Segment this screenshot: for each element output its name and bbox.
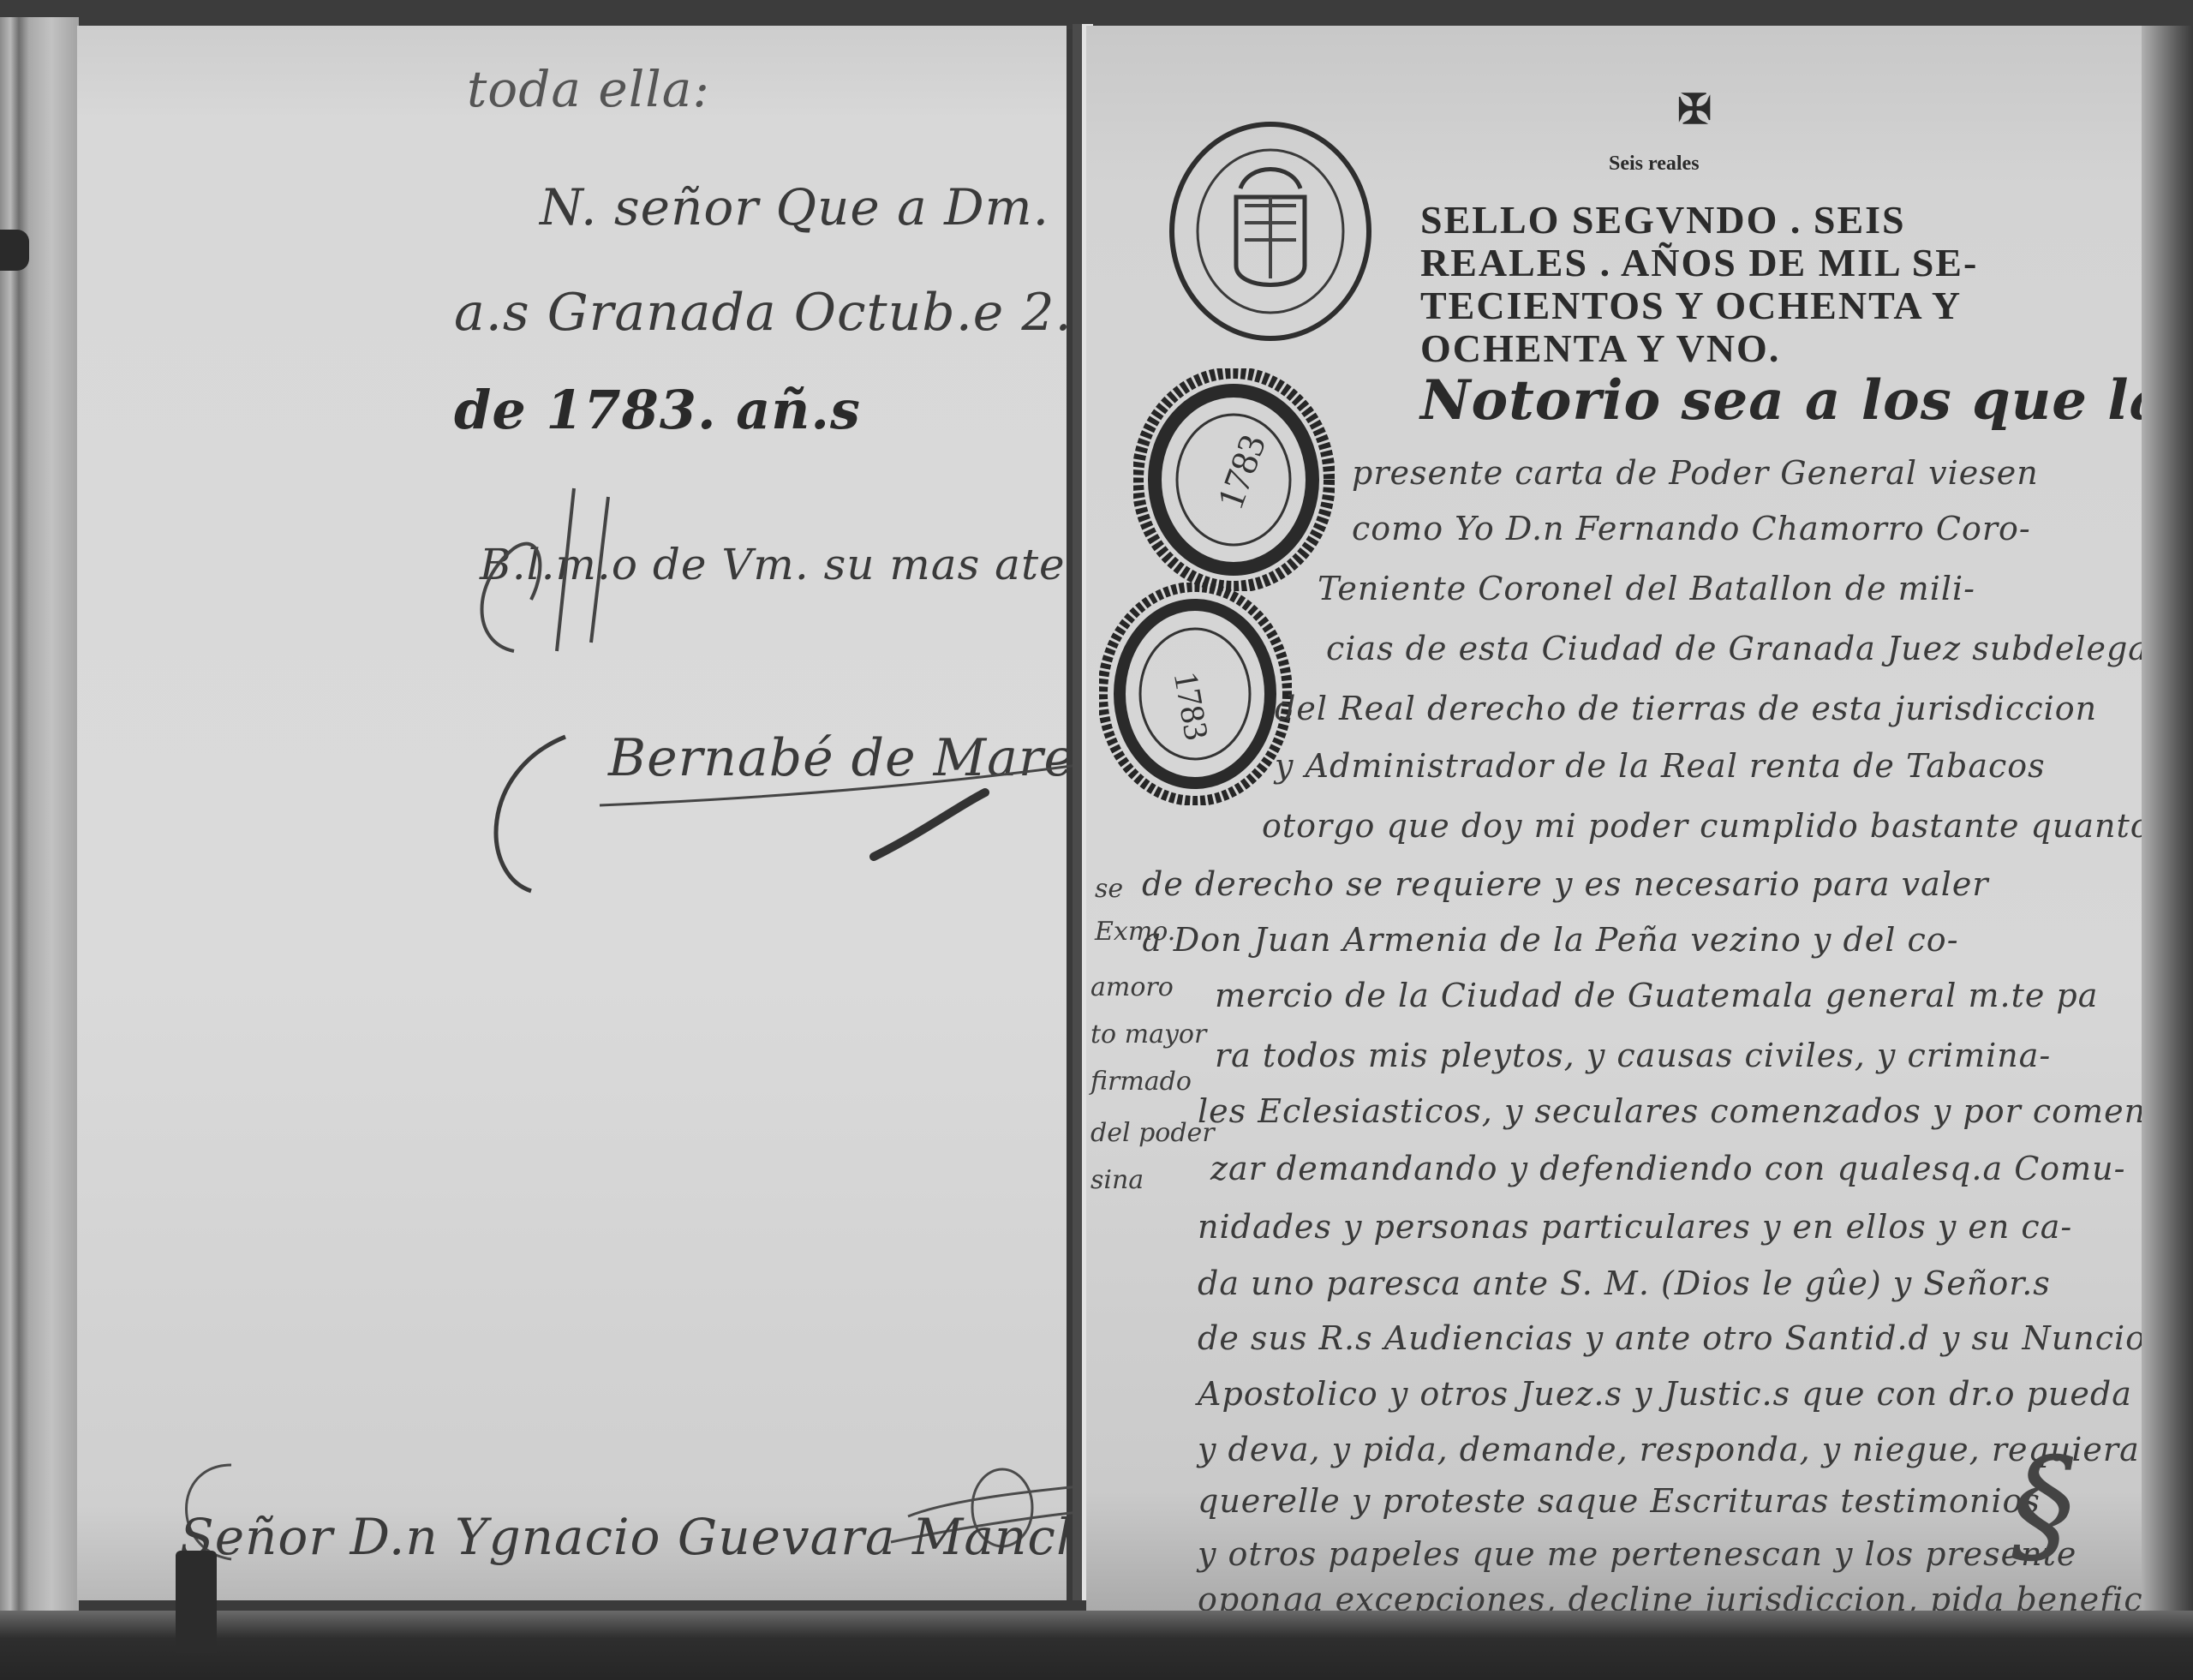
scan-frame-bottom <box>0 1611 2193 1680</box>
body-line-21: y otros papeles que me pertenescan y los… <box>1198 1535 2076 1573</box>
printed-header-line-4: OCHENTA Y VNO. <box>1420 326 1780 371</box>
gutter-shadow <box>1073 24 1082 1600</box>
printed-header-line-3: TECIENTOS Y OCHENTA Y <box>1420 283 1962 328</box>
small-header: Seis reales <box>1609 152 1700 176</box>
habilitation-stamp-1: 1783 <box>1133 368 1335 591</box>
body-line-4: Teniente Coronel del Batallon de mili- <box>1318 570 1975 607</box>
margin-note-3: amoro <box>1091 972 1174 1002</box>
cross-mark: ✠ <box>1677 86 1713 134</box>
body-line-16: da uno paresca ante S. M. (Dios le gûe) … <box>1198 1264 2051 1302</box>
printed-header-line-1: SELLO SEGVNDO . SEIS <box>1420 197 1906 242</box>
book-edge-right <box>2142 26 2193 1636</box>
body-line-10: a Don Juan Armenia de la Peña vezino y d… <box>1142 921 1959 959</box>
body-line-3: como Yo D.n Fernando Chamorro Coro- <box>1352 510 2031 547</box>
margin-note-6: del poder <box>1091 1118 1215 1148</box>
body-line-9: de derecho se requiere y es necesario pa… <box>1142 865 1989 903</box>
closing-flourish <box>463 480 668 677</box>
margin-note-1: se <box>1095 874 1123 904</box>
body-line-2: presente carta de Poder General viesen <box>1352 454 2039 492</box>
binding-mark <box>0 230 29 271</box>
left-page: toda ella: N. señor Que a Dm. m. a.s Gra… <box>77 26 1067 1600</box>
bookmark-tab <box>176 1551 217 1653</box>
body-line-13: les Eclesiasticos, y seculares comenzado… <box>1198 1092 2146 1130</box>
left-line-2: a.s Granada Octub.e 2. <box>454 283 1073 343</box>
margin-note-7: sina <box>1091 1165 1144 1195</box>
svg-text:1783: 1783 <box>1209 429 1274 514</box>
body-line-17: de sus R.s Audiencias y ante otro Santid… <box>1198 1319 2146 1357</box>
habilitation-stamp-icon: 1783 <box>1133 368 1335 591</box>
body-line-19: y deva, y pida, demande, responda, y nie… <box>1198 1431 2140 1468</box>
habilitation-stamp-icon: 1783 <box>1099 583 1292 805</box>
body-line-6: del Real derecho de tierras de esta juri… <box>1275 690 2097 727</box>
royal-seal-stamp <box>1168 120 1373 343</box>
body-line-20: querelle y proteste saque Escrituras tes… <box>1198 1482 2041 1520</box>
margin-note-5: firmado <box>1091 1067 1192 1097</box>
printed-header-line-2: REALES . AÑOS DE MIL SE- <box>1420 240 1978 285</box>
addressee: Señor D.n Ygnacio Guevara Manchia <box>180 1508 1136 1566</box>
body-line-12: ra todos mis pleytos, y causas civiles, … <box>1215 1037 2051 1074</box>
scan-frame-top <box>0 0 2193 29</box>
svg-text:1783: 1783 <box>1167 669 1216 744</box>
margin-note-2: Exmo. <box>1095 917 1175 947</box>
left-line-3: de 1783. añ.s <box>454 379 861 441</box>
left-line-1: N. señor Que a Dm. m. <box>540 178 1131 236</box>
page-end-flourish: § <box>2011 1431 2076 1580</box>
margin-note-4: to mayor <box>1091 1019 1206 1049</box>
body-line-14: zar demandando y defendiendo con qualesq… <box>1210 1150 2126 1187</box>
right-page: ✠ Seis reales SELLO SEGVNDO . SEIS REALE… <box>1086 26 2157 1619</box>
royal-seal-icon <box>1168 120 1373 343</box>
body-line-7: y Administrador de la Real renta de Taba… <box>1275 747 2046 785</box>
body-line-1: Notorio sea a los que la <box>1420 368 2166 433</box>
body-line-11: mercio de la Ciudad de Guatemala general… <box>1215 977 2098 1014</box>
top-note: toda ella: <box>467 60 710 118</box>
body-line-5: cias de esta Ciudad de Granada Juez subd… <box>1326 630 2190 667</box>
body-line-15: nidades y personas particulares y en ell… <box>1198 1208 2072 1246</box>
signature-flourish <box>463 702 1114 900</box>
book-binding-left <box>0 17 79 1645</box>
habilitation-stamp-2: 1783 <box>1099 583 1292 805</box>
body-line-18: Apostolico y otros Juez.s y Justic.s que… <box>1198 1375 2132 1413</box>
body-line-8: otorgo que doy mi poder cumplido bastant… <box>1262 807 2151 845</box>
